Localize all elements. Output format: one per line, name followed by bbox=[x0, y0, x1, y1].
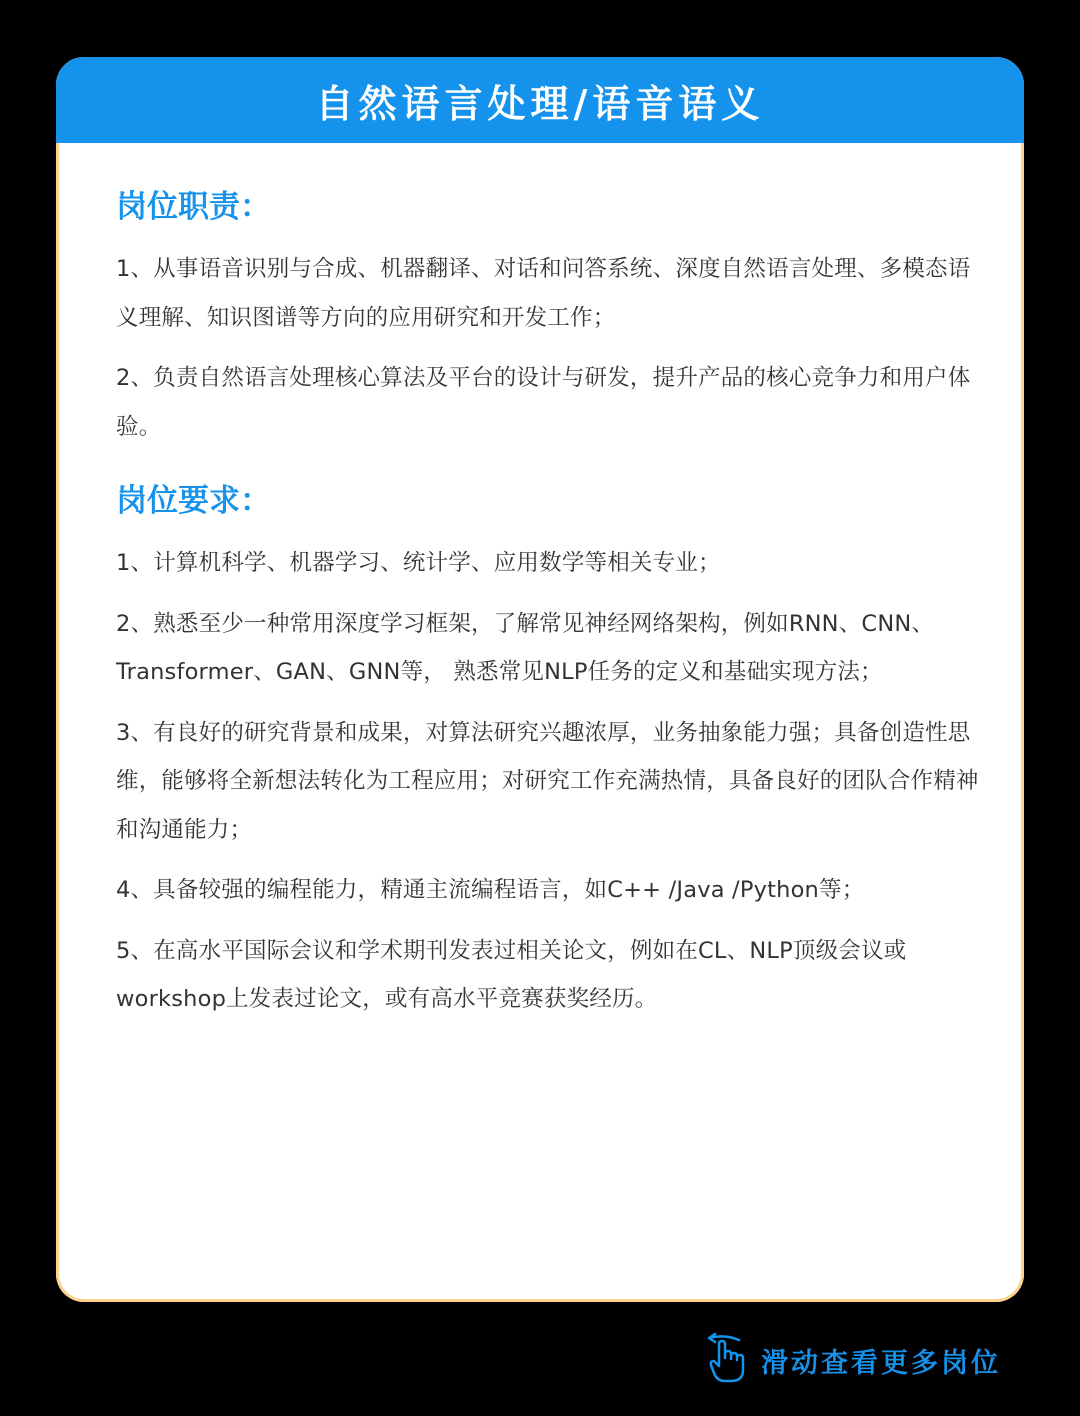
list-item: 5、在高水平国际会议和学术期刊发表过相关论文，例如在CL、NLP顶级会议或wor… bbox=[116, 927, 986, 1024]
section-requirements: 岗位要求： 1、计算机科学、机器学习、统计学、应用数学等相关专业； 2、熟悉至少… bbox=[116, 481, 986, 1024]
job-title-header: 自然语言处理/语音语义 bbox=[56, 57, 1024, 143]
swipe-hint[interactable]: 滑动查看更多岗位 bbox=[705, 1330, 1001, 1390]
swipe-hand-icon bbox=[705, 1332, 749, 1388]
section-title: 岗位职责： bbox=[116, 187, 986, 227]
swipe-hint-label: 滑动查看更多岗位 bbox=[761, 1341, 1001, 1380]
list-item: 4、具备较强的编程能力，精通主流编程语言，如C++ /Java /Python等… bbox=[116, 866, 986, 915]
list-item: 2、熟悉至少一种常用深度学习框架，了解常见神经网络架构，例如RNN、CNN、Tr… bbox=[116, 600, 986, 697]
list-item: 2、负责自然语言处理核心算法及平台的设计与研发，提升产品的核心竞争力和用户体验。 bbox=[116, 354, 986, 451]
job-content: 岗位职责： 1、从事语音识别与合成、机器翻译、对话和问答系统、深度自然语言处理、… bbox=[116, 187, 986, 1036]
section-title: 岗位要求： bbox=[116, 481, 986, 521]
list-item: 3、有良好的研究背景和成果，对算法研究兴趣浓厚，业务抽象能力强；具备创造性思维，… bbox=[116, 709, 986, 855]
job-card: 自然语言处理/语音语义 岗位职责： 1、从事语音识别与合成、机器翻译、对话和问答… bbox=[56, 57, 1024, 1302]
list-item: 1、从事语音识别与合成、机器翻译、对话和问答系统、深度自然语言处理、多模态语义理… bbox=[116, 245, 986, 342]
section-responsibilities: 岗位职责： 1、从事语音识别与合成、机器翻译、对话和问答系统、深度自然语言处理、… bbox=[116, 187, 986, 451]
list-item: 1、计算机科学、机器学习、统计学、应用数学等相关专业； bbox=[116, 539, 986, 588]
job-title: 自然语言处理/语音语义 bbox=[316, 73, 765, 128]
